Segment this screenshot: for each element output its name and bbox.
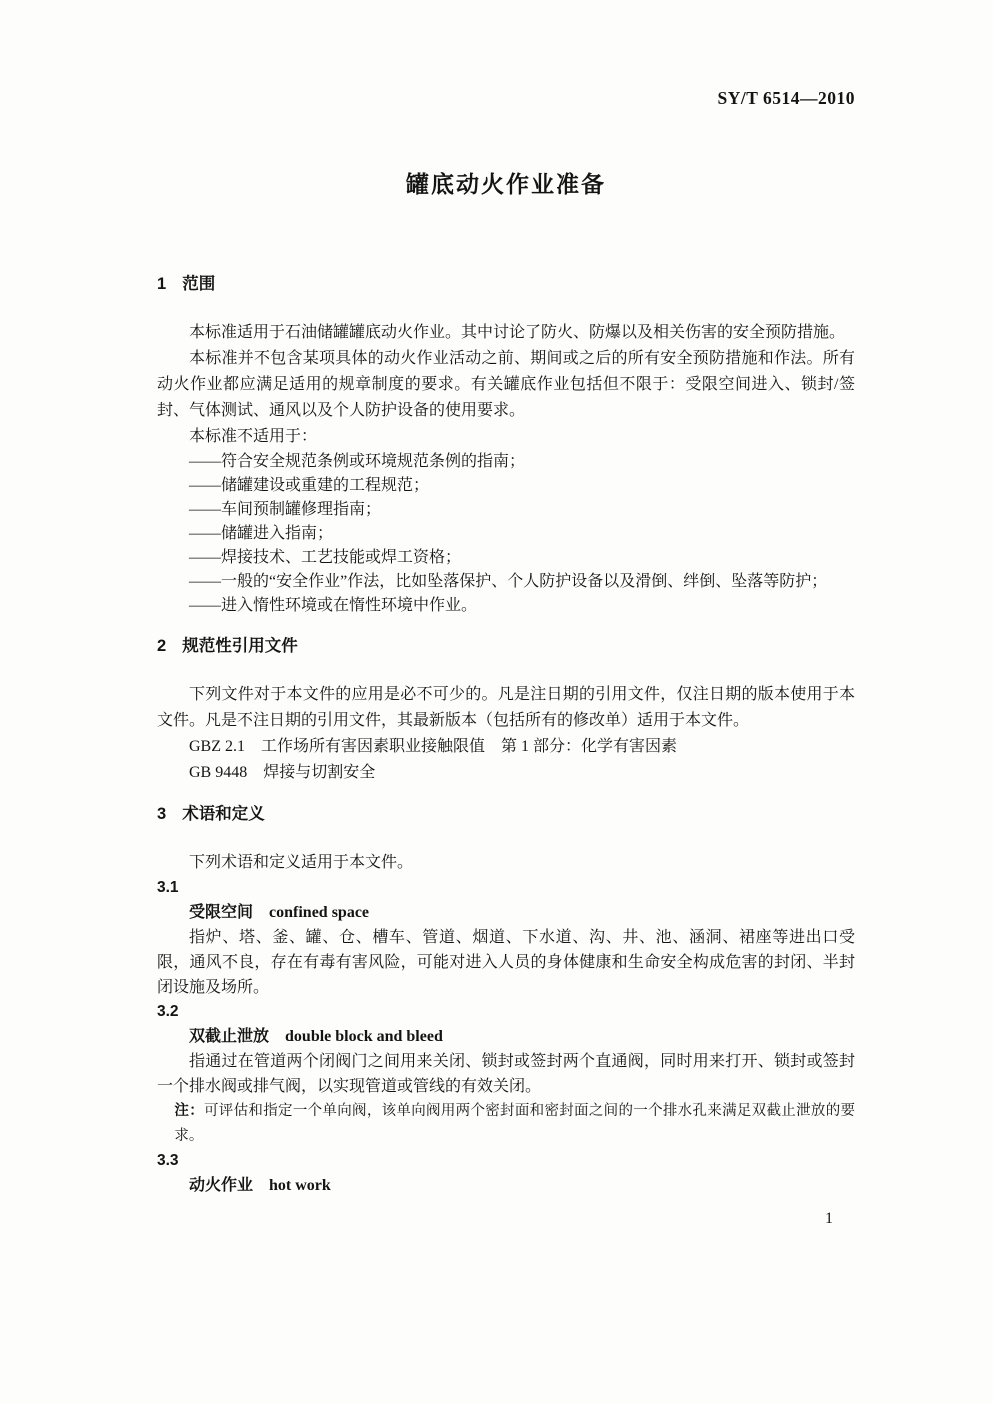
term-definition: 指炉、塔、釜、罐、仓、槽车、管道、烟道、下水道、沟、井、池、涵洞、裙座等进出口受…: [157, 925, 855, 1000]
exclusion-list-item: ——进入惰性环境或在惰性环境中作业。: [157, 594, 855, 618]
page-number: 1: [157, 1208, 855, 1230]
note-label: 注：: [174, 1103, 204, 1119]
paragraph: 本标准适用于石油储罐罐底动火作业。其中讨论了防火、防爆以及相关伤害的安全预防措施…: [157, 320, 855, 346]
section-title: 范围: [182, 275, 215, 293]
term-name-zh: 动火作业: [189, 1177, 253, 1194]
note-text: 可评估和指定一个单向阀，该单向阀用两个密封面和密封面之间的一个排水孔来满足双截止…: [174, 1103, 855, 1144]
document-page: SY/T 6514—2010 罐底动火作业准备 1范围 本标准适用于石油储罐罐底…: [0, 0, 993, 1404]
term-name: 双截止泄放double block and bleed: [157, 1025, 855, 1050]
term-name: 受限空间confined space: [157, 901, 855, 926]
document-title: 罐底动火作业准备: [157, 168, 855, 200]
exclusion-list-item: ——符合安全规范条例或环境规范条例的指南；: [157, 450, 855, 474]
term-name-en: confined space: [269, 904, 369, 921]
paragraph: 下列文件对于本文件的应用是必不可少的。凡是注日期的引用文件，仅注日期的版本使用于…: [157, 682, 855, 734]
term-name-zh: 双截止泄放: [189, 1028, 269, 1045]
section-number: 3: [157, 802, 166, 826]
term-number: 3.2: [157, 1000, 855, 1025]
section-title: 术语和定义: [182, 805, 265, 823]
section-title: 规范性引用文件: [182, 637, 298, 655]
term-name-en: double block and bleed: [285, 1028, 443, 1045]
term-name: 动火作业hot work: [157, 1174, 855, 1199]
exclusion-list-item: ——一般的“安全作业”作法，比如坠落保护、个人防护设备以及滑倒、绊倒、坠落等防护…: [157, 570, 855, 594]
section-heading-normative-references: 2规范性引用文件: [157, 634, 855, 658]
paragraph: 本标准不适用于：: [157, 424, 855, 450]
paragraph: 下列术语和定义适用于本文件。: [157, 850, 855, 876]
term-number: 3.3: [157, 1149, 855, 1174]
term-definition: 指通过在管道两个闭阀门之间用来关闭、锁封或签封两个直通阀，同时用来打开、锁封或签…: [157, 1049, 855, 1099]
exclusion-list-item: ——焊接技术、工艺技能或焊工资格；: [157, 546, 855, 570]
term-name-zh: 受限空间: [189, 904, 253, 921]
exclusion-list-item: ——车间预制罐修理指南；: [157, 498, 855, 522]
section-number: 1: [157, 272, 166, 296]
section-heading-terms-definitions: 3术语和定义: [157, 802, 855, 826]
section-heading-scope: 1范围: [157, 272, 855, 296]
term-note: 注：可评估和指定一个单向阀，该单向阀用两个密封面和密封面之间的一个排水孔来满足双…: [157, 1099, 855, 1149]
exclusion-list-item: ——储罐建设或重建的工程规范；: [157, 474, 855, 498]
term-number: 3.1: [157, 876, 855, 901]
paragraph: 本标准并不包含某项具体的动火作业活动之前、期间或之后的所有安全预防措施和作法。所…: [157, 346, 855, 424]
exclusion-list-item: ——储罐进入指南；: [157, 522, 855, 546]
reference-entry: GB 9448 焊接与切割安全: [157, 760, 855, 786]
term-name-en: hot work: [269, 1177, 331, 1194]
section-number: 2: [157, 634, 166, 658]
reference-entry: GBZ 2.1 工作场所有害因素职业接触限值 第 1 部分：化学有害因素: [157, 734, 855, 760]
standard-code: SY/T 6514—2010: [157, 88, 855, 108]
